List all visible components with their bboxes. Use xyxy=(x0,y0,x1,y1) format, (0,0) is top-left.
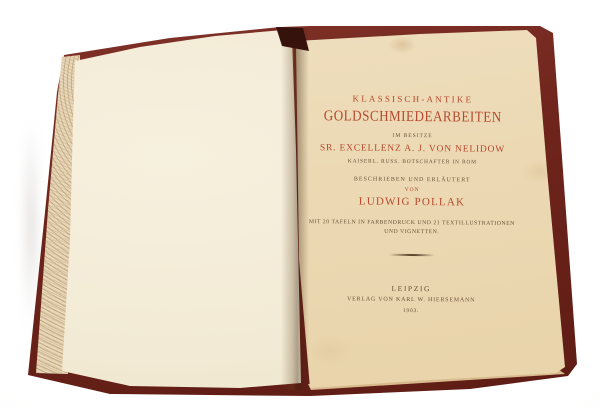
imprint-publisher: VERLAG VON KARL W. HIERSEMANN xyxy=(295,296,527,306)
illustrations-line-1: MIT 20 TAFELN IN FARBENDRUCK UND 21 TEXT… xyxy=(296,219,528,228)
illustrations-line-2: UND VIGNETTEN. xyxy=(296,228,528,237)
book-photo: KLASSISCH-ANTIKE GOLDSCHMIEDEARBEITEN IM… xyxy=(0,0,600,408)
by-line: VON xyxy=(296,186,528,195)
ornamental-rule xyxy=(389,254,435,256)
edited-line: BESCHRIEBEN UND ERLÄUTERT xyxy=(296,176,528,186)
imprint-city: LEIPZIG xyxy=(295,283,527,294)
owner-subline: KAISERL. RUSS. BOTSCHAFTER IN ROM xyxy=(296,158,528,167)
series-line: KLASSISCH-ANTIKE xyxy=(297,89,529,106)
author-name: LUDWIG POLLAK xyxy=(296,195,528,211)
book-title: GOLDSCHMIEDEARBEITEN xyxy=(312,107,514,128)
owner-line: SR. EXCELLENZ A. J. VON NELIDOW xyxy=(296,143,528,157)
possession-line: IM BESITZE xyxy=(297,132,529,141)
title-page-text-block: KLASSISCH-ANTIKE GOLDSCHMIEDEARBEITEN IM… xyxy=(295,89,529,316)
